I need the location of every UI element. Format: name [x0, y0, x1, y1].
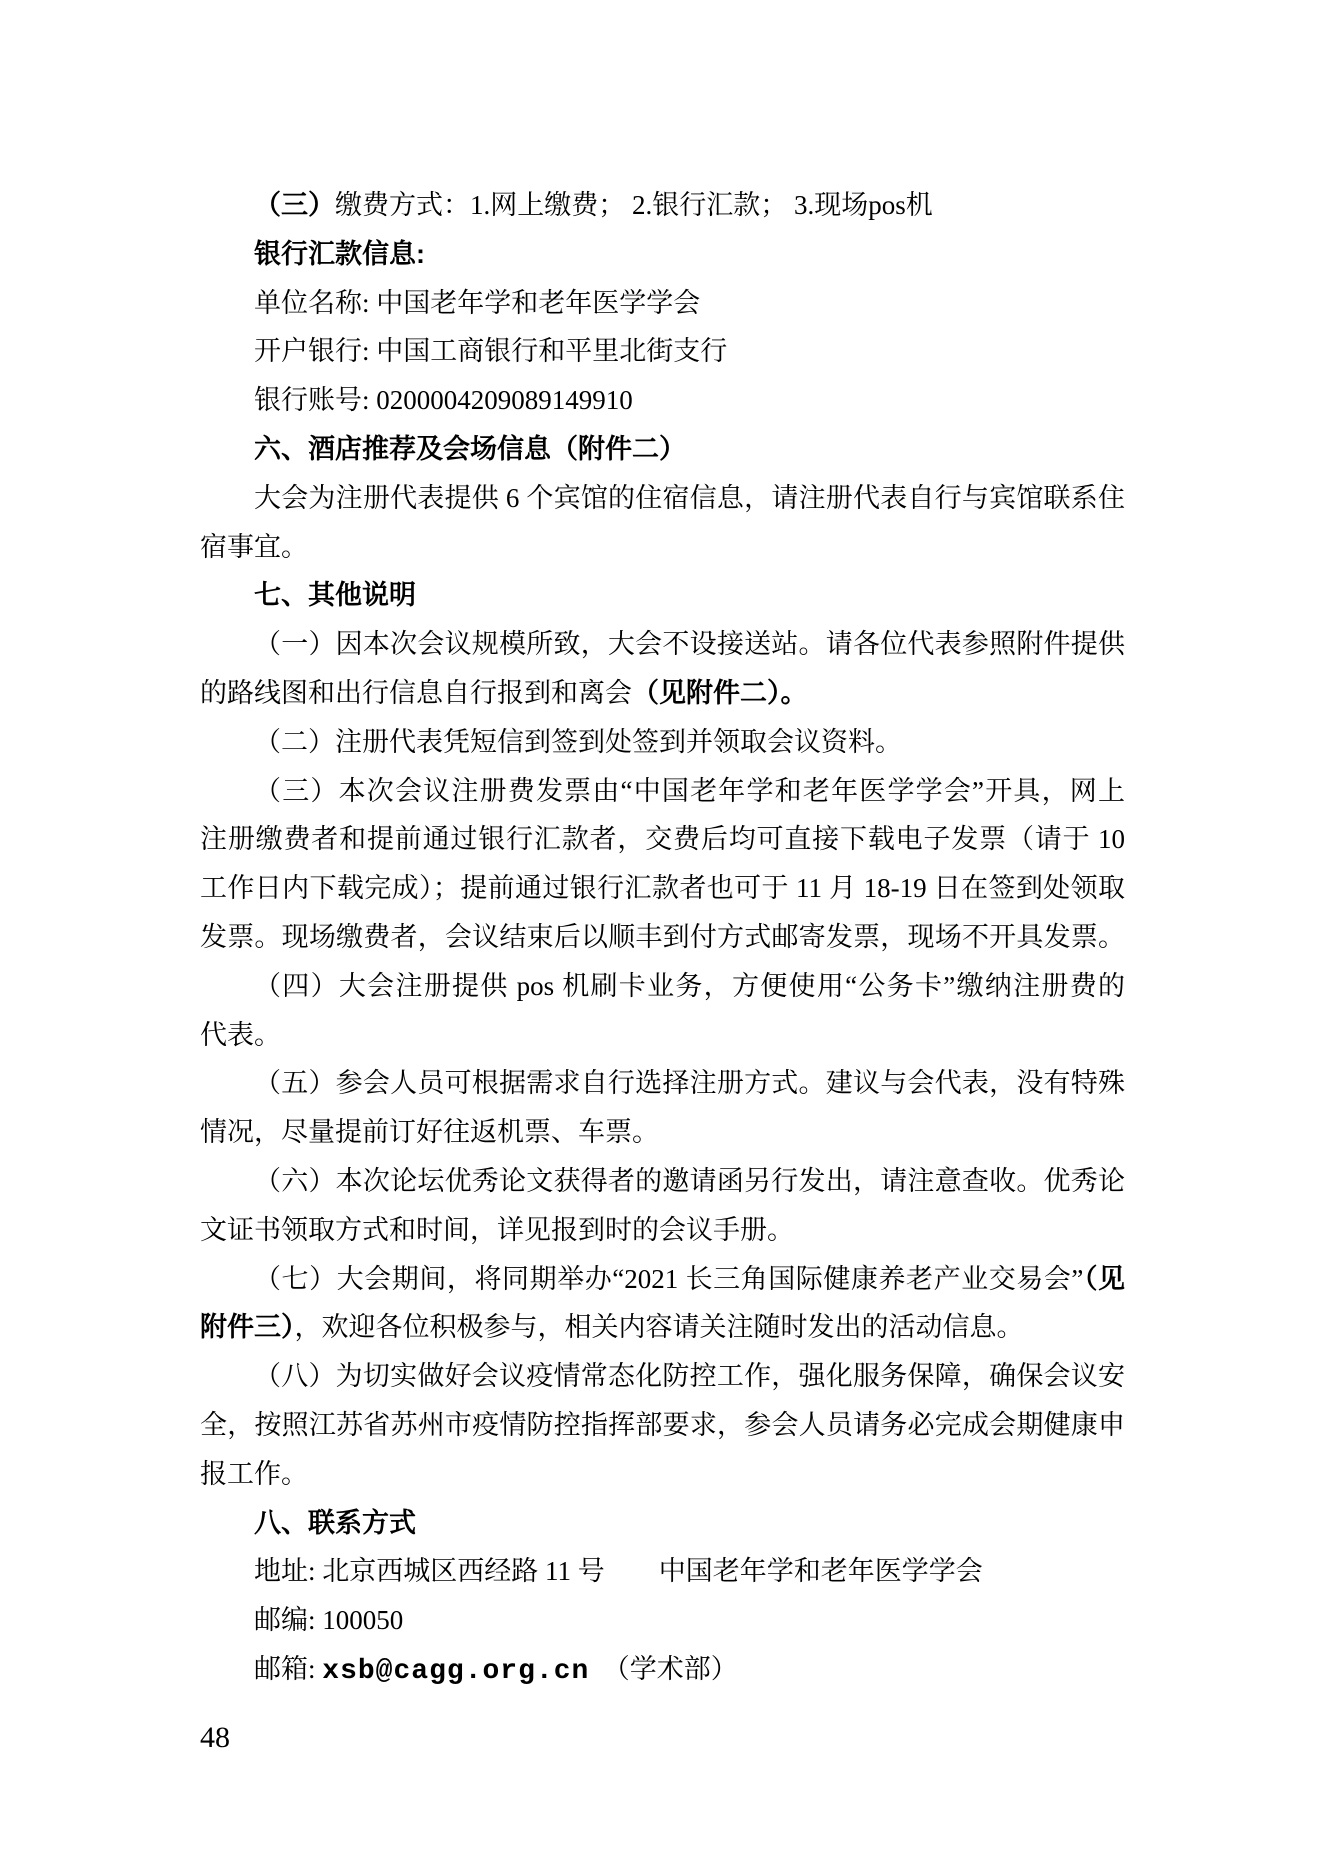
text-line: 开户银行: 中国工商银行和平里北街支行	[200, 327, 1125, 376]
text-segment: 开户银行: 中国工商银行和平里北街支行	[254, 336, 727, 366]
bold-segment: 八、联系方式	[254, 1508, 416, 1538]
text-segment: 代表。	[200, 1020, 281, 1050]
text-segment: （一）因本次会议规模所致，大会不设接送站。请各位代表参照附件提供	[254, 629, 1125, 659]
bold-segment: 银行汇款信息:	[254, 239, 425, 269]
text-line: 七、其他说明	[200, 571, 1125, 620]
text-segment: （二）注册代表凭短信到签到处签到并领取会议资料。	[254, 727, 902, 757]
text-segment: 银行账号: 0200004209089149910	[254, 385, 633, 415]
text-line: 注册缴费者和提前通过银行汇款者，交费后均可直接下载电子发票（请于 10 个	[200, 815, 1125, 864]
text-segment: 工作日内下载完成）；提前通过银行汇款者也可于 11 月 18-19 日在签到处领…	[200, 873, 1125, 903]
text-line: 银行汇款信息:	[200, 230, 1125, 279]
text-line: 工作日内下载完成）；提前通过银行汇款者也可于 11 月 18-19 日在签到处领…	[200, 864, 1125, 913]
text-segment: （六）本次论坛优秀论文获得者的邀请函另行发出，请注意查收。优秀论	[254, 1166, 1125, 1196]
text-line: 报工作。	[200, 1450, 1125, 1499]
bold-segment: 七、其他说明	[254, 580, 416, 610]
text-line: 八、联系方式	[200, 1499, 1125, 1548]
text-line: 全，按照江苏省苏州市疫情防控指挥部要求，参会人员请务必完成会期健康申	[200, 1401, 1125, 1450]
text-segment: （七）大会期间，将同期举办“2021 长三角国际健康养老产业交易会”	[254, 1264, 1083, 1294]
text-line: （三）缴费方式：1.网上缴费； 2.银行汇款； 3.现场pos机	[200, 181, 1125, 230]
text-segment: （学术部）	[589, 1654, 738, 1684]
text-line: 宿事宜。	[200, 523, 1125, 572]
text-line: 发票。现场缴费者，会议结束后以顺丰到付方式邮寄发票，现场不开具发票。	[200, 913, 1125, 962]
document-page-body: （三）缴费方式：1.网上缴费； 2.银行汇款； 3.现场pos机银行汇款信息:单…	[200, 181, 1125, 1694]
text-line: 情况，尽量提前订好往返机票、车票。	[200, 1108, 1125, 1157]
text-segment: （五）参会人员可根据需求自行选择注册方式。建议与会代表，没有特殊	[254, 1068, 1125, 1098]
bold-segment: 附件三）	[200, 1312, 295, 1342]
text-segment: 大会为注册代表提供 6 个宾馆的住宿信息，请注册代表自行与宾馆联系住	[254, 483, 1125, 513]
text-segment: 邮编: 100050	[254, 1605, 403, 1635]
text-line: （二）注册代表凭短信到签到处签到并领取会议资料。	[200, 718, 1125, 767]
text-line: （六）本次论坛优秀论文获得者的邀请函另行发出，请注意查收。优秀论	[200, 1157, 1125, 1206]
text-line: 地址: 北京西城区西经路 11 号 中国老年学和老年医学学会	[200, 1547, 1125, 1596]
text-line: 单位名称: 中国老年学和老年医学学会	[200, 279, 1125, 328]
text-line: （三）本次会议注册费发票由“中国老年学和老年医学学会”开具，网上	[200, 767, 1125, 816]
text-segment: 全，按照江苏省苏州市疫情防控指挥部要求，参会人员请务必完成会期健康申	[200, 1410, 1125, 1440]
text-line: 六、酒店推荐及会场信息（附件二）	[200, 425, 1125, 474]
bold-segment: （见	[1083, 1264, 1125, 1294]
text-segment: 单位名称: 中国老年学和老年医学学会	[254, 288, 700, 318]
text-segment: 报工作。	[200, 1459, 308, 1489]
text-line: 附件三），欢迎各位积极参与，相关内容请关注随时发出的活动信息。	[200, 1303, 1125, 1352]
page-number: 48	[200, 1718, 230, 1758]
bold-segment: （三）	[254, 190, 335, 220]
text-segment: 缴费方式：1.网上缴费； 2.银行汇款； 3.现场pos机	[335, 190, 933, 220]
text-segment: 宿事宜。	[200, 532, 308, 562]
text-line: （五）参会人员可根据需求自行选择注册方式。建议与会代表，没有特殊	[200, 1059, 1125, 1108]
text-line: 邮箱: xsb@cagg.org.cn （学术部）	[200, 1645, 1125, 1694]
email-text: xsb@cagg.org.cn	[322, 1656, 589, 1687]
text-line: （七）大会期间，将同期举办“2021 长三角国际健康养老产业交易会”（见	[200, 1255, 1125, 1304]
text-segment: 邮箱:	[254, 1654, 322, 1684]
text-line: （一）因本次会议规模所致，大会不设接送站。请各位代表参照附件提供	[200, 620, 1125, 669]
text-segment: ，欢迎各位积极参与，相关内容请关注随时发出的活动信息。	[295, 1312, 1024, 1342]
text-segment: 情况，尽量提前订好往返机票、车票。	[200, 1117, 659, 1147]
text-line: 代表。	[200, 1011, 1125, 1060]
text-line: 银行账号: 0200004209089149910	[200, 376, 1125, 425]
text-segment: 的路线图和出行信息自行报到和离会	[200, 678, 632, 708]
text-segment: （八）为切实做好会议疫情常态化防控工作，强化服务保障，确保会议安	[254, 1361, 1125, 1391]
text-line: 大会为注册代表提供 6 个宾馆的住宿信息，请注册代表自行与宾馆联系住	[200, 474, 1125, 523]
bold-segment: 六、酒店推荐及会场信息（附件二）	[254, 434, 686, 464]
text-segment: （四）大会注册提供 pos 机刷卡业务，方便使用“公务卡”缴纳注册费的	[254, 971, 1125, 1001]
text-segment: 地址: 北京西城区西经路 11 号 中国老年学和老年医学学会	[254, 1556, 983, 1586]
text-line: 邮编: 100050	[200, 1596, 1125, 1645]
text-segment: 注册缴费者和提前通过银行汇款者，交费后均可直接下载电子发票（请于 10 个	[200, 824, 1125, 864]
text-segment: （三）本次会议注册费发票由“中国老年学和老年医学学会”开具，网上	[254, 776, 1125, 806]
text-segment: 文证书领取方式和时间，详见报到时的会议手册。	[200, 1215, 794, 1245]
text-line: 文证书领取方式和时间，详见报到时的会议手册。	[200, 1206, 1125, 1255]
text-line: （八）为切实做好会议疫情常态化防控工作，强化服务保障，确保会议安	[200, 1352, 1125, 1401]
text-line: 的路线图和出行信息自行报到和离会（见附件二）。	[200, 669, 1125, 718]
text-line: （四）大会注册提供 pos 机刷卡业务，方便使用“公务卡”缴纳注册费的	[200, 962, 1125, 1011]
bold-segment: （见附件二）。	[632, 678, 808, 708]
text-segment: 发票。现场缴费者，会议结束后以顺丰到付方式邮寄发票，现场不开具发票。	[200, 922, 1125, 952]
